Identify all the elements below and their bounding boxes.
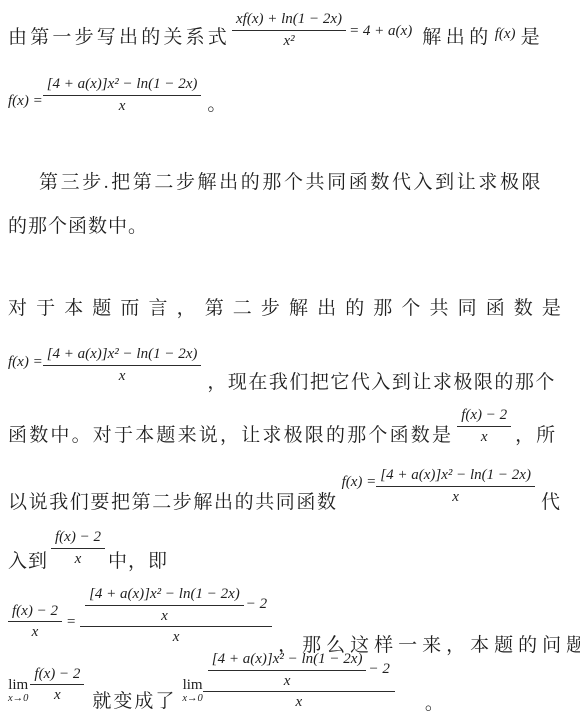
fraction-denominator: x <box>54 685 61 704</box>
text-run: 对于本题而言，第二步解出的那个共同函数是 <box>8 296 570 321</box>
text-run: 解出的 <box>422 25 493 50</box>
fraction-denominator: x <box>173 627 180 646</box>
fraction-denominator: x² <box>283 31 294 50</box>
fraction-denominator: x <box>161 606 168 625</box>
fraction-denominator: x <box>481 427 488 446</box>
fraction: [4 + a(x)]x² − ln(1 − 2x) x <box>43 345 202 384</box>
text-line-relation: 由第一步写出的关系式 xf(x) + ln(1 − 2x) x² = 4 + a… <box>8 10 540 50</box>
fraction-numerator: f(x) − 2 <box>51 528 105 549</box>
fraction-numerator: xf(x) + ln(1 − 2x) <box>232 10 346 31</box>
nested-fraction: [4 + a(x)]x² − ln(1 − 2x) x − 2 x <box>203 650 395 711</box>
inline-math-fx: f(x) <box>495 26 516 43</box>
limit-subscript: x→0 <box>8 694 28 705</box>
fraction-numerator: [4 + a(x)]x² − ln(1 − 2x) <box>376 466 535 487</box>
equation-lhs: f(x) = <box>342 474 377 491</box>
equals-sign: = <box>66 614 76 631</box>
fraction: f(x) − 2 x <box>51 528 105 567</box>
nested-fraction-numerator: [4 + a(x)]x² − ln(1 − 2x) x − 2 <box>80 585 272 627</box>
fraction-denominator: x <box>32 622 39 641</box>
nested-fraction-numerator: [4 + a(x)]x² − ln(1 − 2x) x − 2 <box>203 650 395 692</box>
equation-lhs: f(x) = <box>8 354 43 371</box>
formula-line-limit: lim x→0 f(x) − 2 x 就变成了 lim x→0 [4 + a(x… <box>8 650 444 716</box>
fraction: [4 + a(x)]x² − ln(1 − 2x) x <box>43 75 202 114</box>
fraction: f(x) − 2 x <box>8 602 62 641</box>
minus-two-term: − 2 <box>368 661 389 678</box>
fraction-denominator: x <box>452 487 459 506</box>
text-run: 的那个函数中。 <box>8 214 148 239</box>
text-run: 入到 <box>8 549 48 574</box>
text-run: 函数中。对于本题来说，让求极限的那个函数是 <box>8 423 453 448</box>
text-run: 代 <box>541 490 560 515</box>
nested-fraction: [4 + a(x)]x² − ln(1 − 2x) x − 2 x <box>80 585 272 646</box>
limit-word: lim <box>183 678 203 693</box>
formula-line-substitute: f(x) = [4 + a(x)]x² − ln(1 − 2x) x ，现在我们… <box>8 345 556 395</box>
fraction-denominator: x <box>75 549 82 568</box>
text-run: 是 <box>521 25 540 50</box>
text-line-common-fn2: 以说我们要把第二步解出的共同函数 f(x) = [4 + a(x)]x² − l… <box>8 466 560 515</box>
text-run: 第三步.把第二步解出的那个共同函数代入到让求极限 <box>39 170 543 195</box>
fraction: f(x) − 2 x <box>457 406 511 445</box>
limit-operator: lim x→0 <box>8 678 28 705</box>
equation-rhs: = 4 + a(x) <box>349 23 412 40</box>
period-mark: 。 <box>425 691 444 716</box>
formula-line-nested: f(x) − 2 x = [4 + a(x)]x² − ln(1 − 2x) x… <box>8 585 580 658</box>
inner-fraction: [4 + a(x)]x² − ln(1 − 2x) x <box>208 650 367 689</box>
text-line-limit-fn: 函数中。对于本题来说，让求极限的那个函数是 f(x) − 2 x ，所 <box>8 406 557 448</box>
fraction-numerator: [4 + a(x)]x² − ln(1 − 2x) <box>85 585 244 606</box>
text-run: 由第一步写出的关系式 <box>8 25 230 50</box>
minus-two-term: − 2 <box>246 596 267 613</box>
text-line-step3: 第三步.把第二步解出的那个共同函数代入到让求极限 <box>8 170 543 195</box>
fraction-denominator: x <box>295 692 302 711</box>
fraction-numerator: f(x) − 2 <box>457 406 511 427</box>
fraction-numerator: [4 + a(x)]x² − ln(1 − 2x) <box>43 345 202 366</box>
text-run: ，所 <box>515 423 557 448</box>
period-mark: 。 <box>207 92 226 117</box>
fraction-denominator: x <box>284 671 291 690</box>
formula-line-fx: f(x) = [4 + a(x)]x² − ln(1 − 2x) x 。 <box>8 75 226 117</box>
fraction: [4 + a(x)]x² − ln(1 − 2x) x <box>376 466 535 505</box>
fraction-numerator: f(x) − 2 <box>8 602 62 623</box>
inner-fraction: [4 + a(x)]x² − ln(1 − 2x) x <box>85 585 244 624</box>
text-run: 中，即 <box>108 549 168 574</box>
fraction: f(x) − 2 x <box>30 665 84 704</box>
text-run: 就变成了 <box>92 689 176 714</box>
text-line-step3-cont: 的那个函数中。 <box>8 214 148 239</box>
fraction-numerator: [4 + a(x)]x² − ln(1 − 2x) <box>208 650 367 671</box>
equation-lhs: f(x) = <box>8 93 43 110</box>
math-document-page: 由第一步写出的关系式 xf(x) + ln(1 − 2x) x² = 4 + a… <box>0 0 580 728</box>
text-line-common-fn: 对于本题而言，第二步解出的那个共同函数是 <box>8 296 570 321</box>
text-run: ，现在我们把它代入到让求极限的那个 <box>207 370 556 395</box>
limit-operator: lim x→0 <box>182 678 202 705</box>
fraction-numerator: f(x) − 2 <box>30 665 84 686</box>
limit-word: lim <box>8 678 28 693</box>
text-run: 以说我们要把第二步解出的共同函数 <box>8 490 338 515</box>
fraction-numerator: [4 + a(x)]x² − ln(1 − 2x) <box>43 75 202 96</box>
text-line-into: 入到 f(x) − 2 x 中，即 <box>8 528 168 574</box>
limit-subscript: x→0 <box>182 694 202 705</box>
fraction-denominator: x <box>119 366 126 385</box>
fraction-denominator: x <box>119 96 126 115</box>
fraction: xf(x) + ln(1 − 2x) x² <box>232 10 346 49</box>
